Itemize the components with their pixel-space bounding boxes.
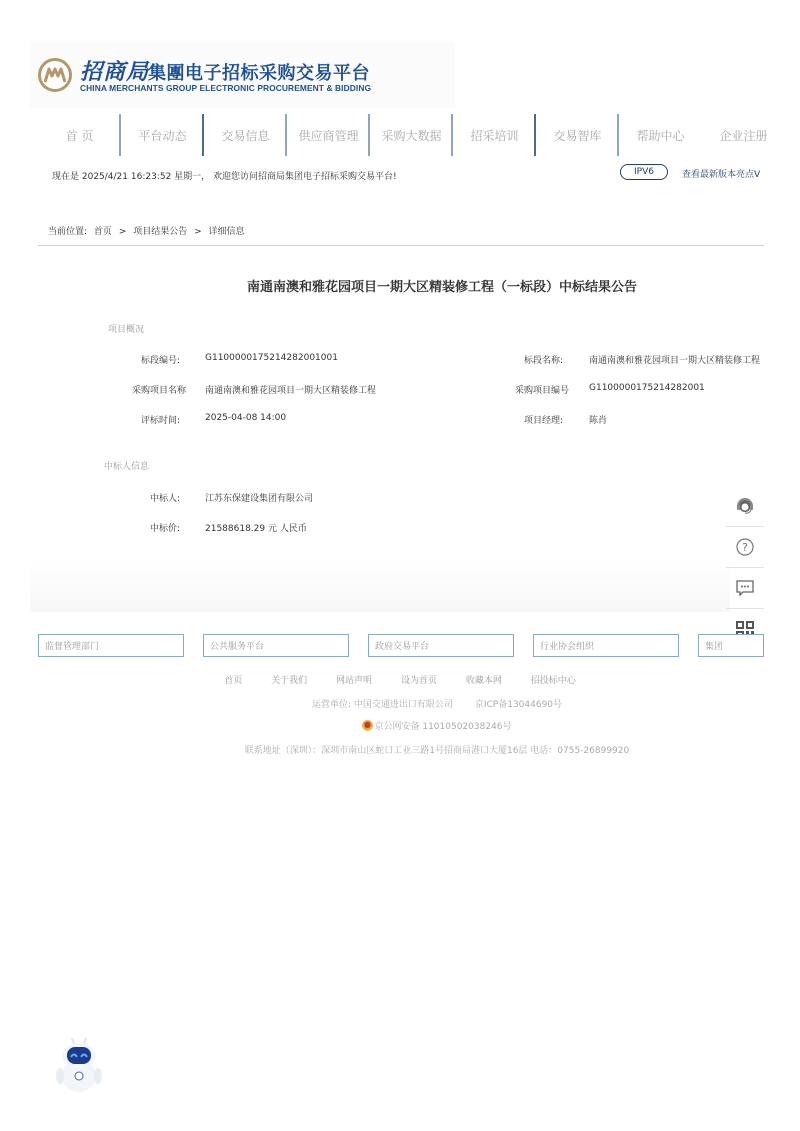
- content-bottom-band: [30, 560, 730, 612]
- section-project-overview: 项目概况: [108, 322, 144, 335]
- footer-box-group[interactable]: 集团: [698, 634, 764, 657]
- message-icon: [735, 578, 755, 598]
- field-label-winner: 中标人:: [80, 491, 180, 504]
- footer-box-supervision[interactable]: 监督管理部门: [38, 634, 184, 657]
- footer-box-government-trade[interactable]: 政府交易平台: [368, 634, 514, 657]
- logo-brand-text: 招商局: [80, 55, 149, 86]
- footer-police-line: 京公网安备 11010502038246号: [0, 719, 800, 732]
- breadcrumb-results[interactable]: 项目结果公告: [133, 227, 187, 237]
- chat-robot-button[interactable]: [50, 1032, 108, 1096]
- breadcrumb-separator: >: [119, 227, 127, 237]
- field-value-section-no: G1100000175214282001001: [205, 353, 338, 363]
- footer-police-record[interactable]: 京公网安备 11010502038246号: [374, 722, 511, 732]
- footer-link-bidding-center[interactable]: 招投标中心: [531, 676, 576, 686]
- field-value-winning-price: 21588618.29 元 人民币: [205, 521, 307, 534]
- site-logo[interactable]: 招商局 集團电子招标采购交易平台 CHINA MERCHANTS GROUP E…: [30, 42, 455, 108]
- footer-address: 联系地址（深圳）：深圳市南山区蛇口工业三路1号招商局港口大厦16层 电话：075…: [0, 743, 800, 756]
- field-value-section-name: 南通南澳和雅花园项目一期大区精装修工程: [589, 353, 765, 366]
- nav-home[interactable]: 首 页: [38, 114, 121, 156]
- nav-training[interactable]: 招采培训: [453, 114, 536, 156]
- svg-text:?: ?: [742, 541, 748, 554]
- page-title: 南通南澳和雅花园项目一期大区精装修工程（一标段）中标结果公告: [0, 276, 800, 295]
- field-label-evaluation-time: 评标时间:: [80, 413, 180, 426]
- nav-help-center[interactable]: 帮助中心: [619, 114, 702, 156]
- field-value-evaluation-time: 2025-04-08 14:00: [205, 413, 286, 423]
- customer-service-icon: [735, 496, 755, 516]
- nav-enterprise-register[interactable]: 企业注册: [702, 114, 785, 156]
- logo-title-text: 集團电子招标采购交易平台: [148, 59, 370, 85]
- footer-box-industry-association[interactable]: 行业协会组织: [533, 634, 679, 657]
- field-value-project-name: 南通南澳和雅花园项目一期大区精装修工程: [205, 383, 376, 396]
- field-label-project-name: 采购项目名称: [86, 383, 186, 396]
- china-merchants-logo-icon: [38, 58, 72, 92]
- nav-platform-news[interactable]: 平台动态: [121, 114, 204, 156]
- field-label-project-manager: 项目经理:: [463, 413, 563, 426]
- side-toolbar: ?: [726, 486, 764, 650]
- message-button[interactable]: [726, 568, 764, 609]
- main-nav: 首 页 平台动态 交易信息 供应商管理 采购大数据 招采培训 交易智库 帮助中心…: [38, 114, 800, 156]
- field-value-winner: 江苏东保建设集团有限公司: [205, 491, 313, 504]
- help-button[interactable]: ?: [726, 527, 764, 568]
- robot-assistant-icon: [50, 1032, 108, 1096]
- breadcrumb-separator: >: [194, 227, 202, 237]
- field-label-project-no: 采购项目编号: [469, 383, 569, 396]
- customer-service-button[interactable]: [726, 486, 764, 527]
- footer-operator: 运营单位: 中国交通进出口有限公司: [312, 700, 453, 710]
- nav-trade-info[interactable]: 交易信息: [204, 114, 287, 156]
- footer-box-public-service[interactable]: 公共服务平台: [203, 634, 349, 657]
- field-label-section-no: 标段编号:: [80, 353, 180, 366]
- field-value-project-manager: 陈肖: [589, 413, 607, 426]
- nav-supplier-management[interactable]: 供应商管理: [287, 114, 370, 156]
- field-label-section-name: 标段名称:: [463, 353, 563, 366]
- footer-link-bookmark[interactable]: 收藏本网: [466, 676, 502, 686]
- footer-icp[interactable]: 京ICP备13044690号: [475, 700, 562, 710]
- nav-think-tank[interactable]: 交易智库: [536, 114, 619, 156]
- ipv6-button[interactable]: IPV6: [620, 164, 668, 180]
- breadcrumb: 当前位置: 首页 > 项目结果公告 > 详细信息: [48, 224, 249, 237]
- breadcrumb-prefix: 当前位置:: [48, 227, 87, 237]
- logo-english-text: CHINA MERCHANTS GROUP ELECTRONIC PROCURE…: [80, 83, 371, 93]
- footer-link-statement[interactable]: 网站声明: [336, 676, 372, 686]
- footer-link-about[interactable]: 关于我们: [271, 676, 307, 686]
- footer-link-set-homepage[interactable]: 设为首页: [401, 676, 437, 686]
- breadcrumb-divider: [38, 245, 764, 246]
- latest-version-link[interactable]: 查看最新版本亮点V: [682, 167, 760, 180]
- welcome-text: 现在是 2025/4/21 16:23:52 星期一， 欢迎您访问招商局集团电子…: [52, 169, 397, 182]
- police-badge-icon: [362, 720, 373, 731]
- nav-procurement-big-data[interactable]: 采购大数据: [370, 114, 453, 156]
- footer-link-home[interactable]: 首页: [224, 676, 242, 686]
- breadcrumb-current: 详细信息: [209, 227, 245, 237]
- breadcrumb-home[interactable]: 首页: [94, 227, 112, 237]
- footer-links: 首页 关于我们 网站声明 设为首页 收藏本网 招投标中心: [0, 673, 800, 686]
- field-value-project-no: G1100000175214282001: [589, 383, 705, 393]
- field-label-winning-price: 中标价:: [80, 521, 180, 534]
- footer-operator-line: 运营单位: 中国交通进出口有限公司京ICP备13044690号: [0, 697, 800, 710]
- section-winner-info: 中标人信息: [104, 459, 149, 472]
- help-icon: ?: [735, 537, 755, 557]
